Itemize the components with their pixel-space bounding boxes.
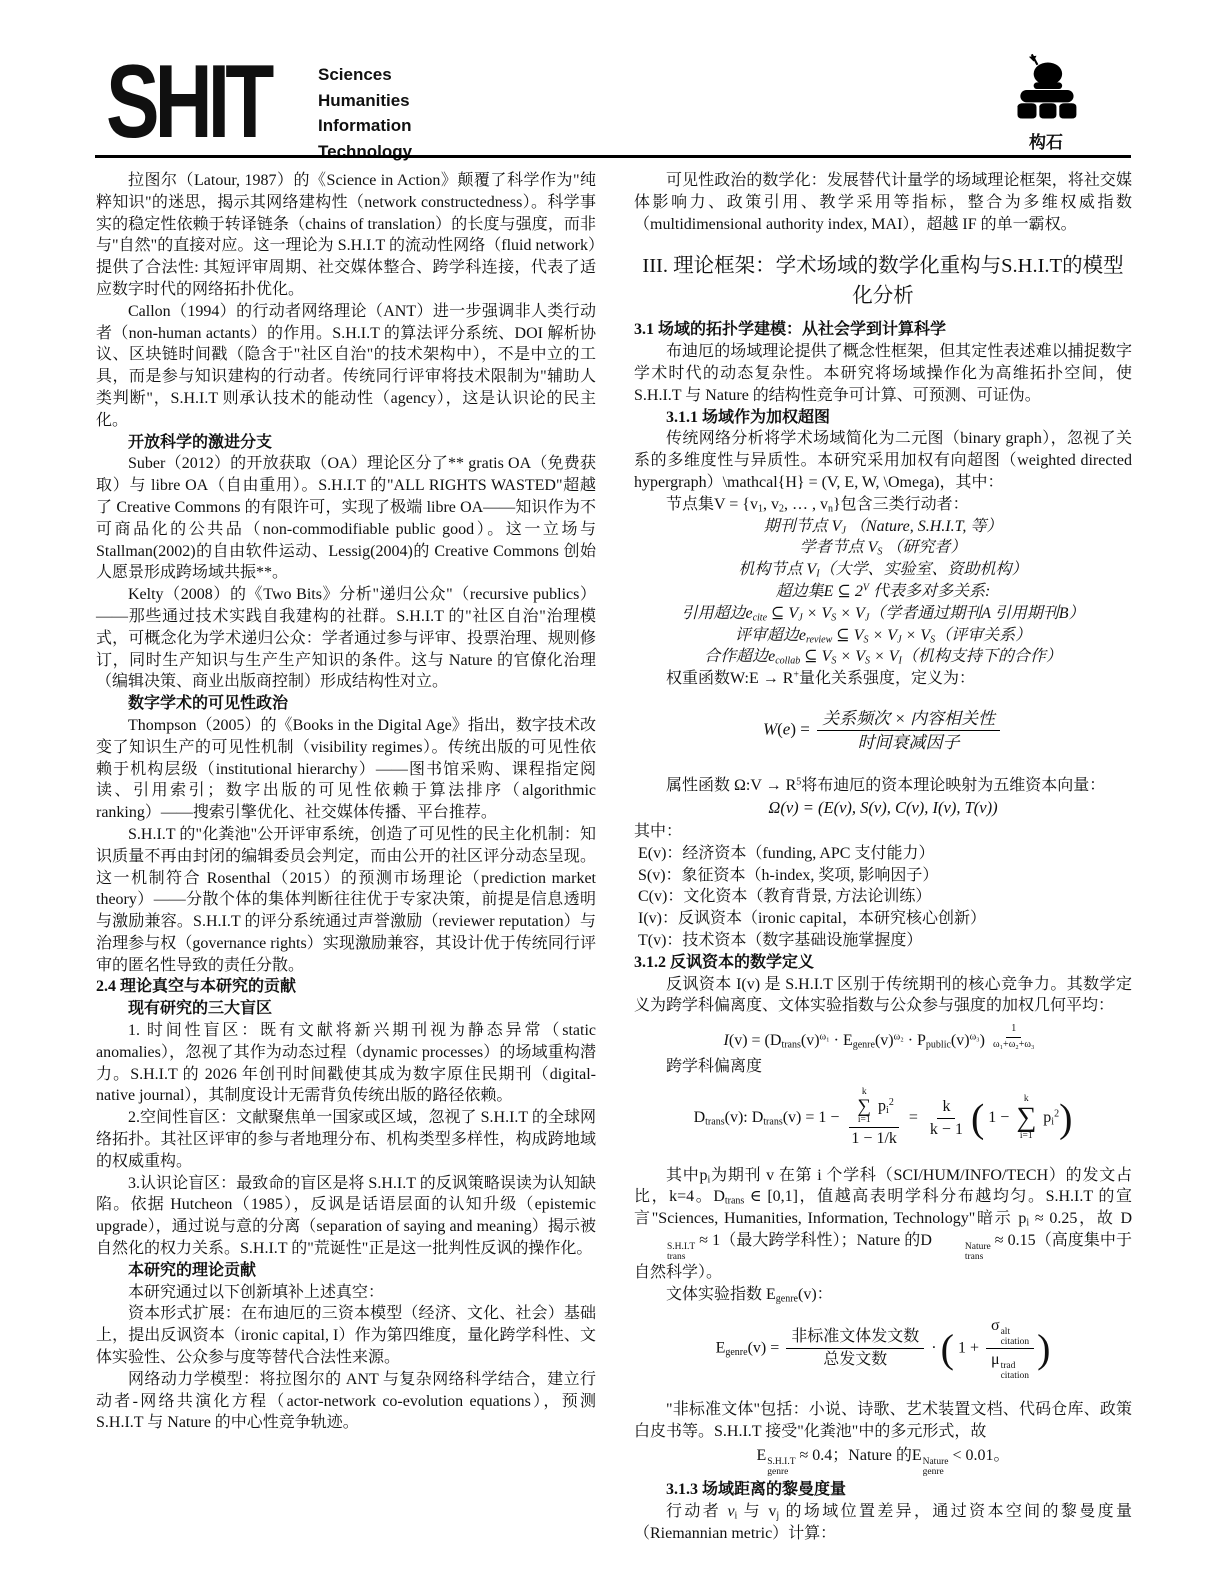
node-type-line: 学者节点 VS （研究者） — [634, 537, 1132, 559]
logo-subtitle-line: Technology — [318, 139, 412, 165]
subsection-heading: 3.1.1 场域作为加权超图 — [634, 407, 1132, 429]
display-formula-ironic-capital: I(v) = (Dtrans(v)ω₁ · Egenre(v)ω₂ · Ppub… — [634, 1023, 1132, 1052]
paragraph: Callon（1994）的行动者网络理论（ANT）进一步强调非人类行动者（non… — [96, 301, 596, 432]
section-heading: 3.1 场域的拓扑学建模：从社会学到计算科学 — [634, 319, 1132, 341]
paragraph: 资本形式扩展：在布迪厄的三资本模型（经济、文化、社会）基础上，提出反讽资本（ir… — [96, 1303, 596, 1368]
capital-list-item: S(v)：象征资本（h-index, 奖项, 影响因子） — [634, 865, 1132, 887]
subsection-heading: 3.1.2 反讽资本的数学定义 — [634, 952, 1132, 974]
paragraph: 可见性政治的数学化：发展替代计量学的场域理论框架，将社交媒体影响力、政策引用、教… — [634, 170, 1132, 235]
display-formula-genre-index: Egenre(v) = 非标准文体发文数总发文数 · ( 1 + σaltcit… — [634, 1316, 1132, 1382]
publisher-stamp: 构石 — [1000, 52, 1092, 153]
paragraph: 布迪厄的场域理论提供了概念性框架，但其定性表述难以捕捉数字学术时代的动态复杂性。… — [634, 341, 1132, 406]
chapter-title: III. 理论框架：学术场域的数学化重构与S.H.I.T的模型化分析 — [634, 251, 1132, 311]
genre-values-line: ES.H.I.Tgenre ≈ 0.4；Nature 的ENaturegenre… — [634, 1445, 1132, 1477]
hyperedge-line: 评审超边ereview ⊆ VS × VJ × VS（评审关系） — [634, 625, 1132, 647]
definition-line: 属性函数 Ω:V → R5将布迪厄的资本理论映射为五维资本向量： — [634, 775, 1132, 797]
capital-list-item: I(v)：反讽资本（ironic capital，本研究核心创新） — [634, 908, 1132, 930]
subsection-heading: 3.1.3 场域距离的黎曼度量 — [634, 1479, 1132, 1501]
paragraph: Kelty（2008）的《Two Bits》分析"递归公众"（recursive… — [96, 584, 596, 693]
left-column: 拉图尔（Latour, 1987）的《Science in Action》颠覆了… — [96, 170, 596, 1434]
hyperedge-line: 合作超边ecollab ⊆ VS × VS × VI（机构支持下的合作） — [634, 646, 1132, 668]
paragraph: 行动者 vi 与 vj 的场域位置差异，通过资本空间的黎曼度量（Riemanni… — [634, 1501, 1132, 1545]
paragraph: 其中pi为期刊 v 在第 i 个学科（SCI/HUM/INFO/TECH）的发文… — [634, 1165, 1132, 1284]
definition-line: 节点集V = {v1, v2, … , vn}包含三类行动者： — [634, 494, 1132, 516]
subsection-heading: 本研究的理论贡献 — [96, 1260, 596, 1282]
subsection-heading: 现有研究的三大盲区 — [96, 998, 596, 1020]
logo-subtitle-line: Sciences — [318, 62, 412, 88]
capital-list-item: E(v)：经济资本（funding, APC 支付能力） — [634, 843, 1132, 865]
paragraph: 传统网络分析将学术场域简化为二元图（binary graph），忽视了关系的多维… — [634, 428, 1132, 493]
subsection-heading: 数字学术的可见性政治 — [96, 693, 596, 715]
definition-line: 权重函数W:E → R+量化关系强度，定义为： — [634, 668, 1132, 690]
logo-subtitle-line: Information — [318, 113, 412, 139]
display-formula-capital-vector: Ω(v) = (E(v), S(v), C(v), I(v), T(v)) — [634, 797, 1132, 819]
paragraph: 网络动力学模型：将拉图尔的 ANT 与复杂网络科学结合，建立行动者-网络共演化方… — [96, 1369, 596, 1434]
definition-line: 跨学科偏离度 — [634, 1056, 1132, 1078]
hyperedge-line: 超边集E ⊆ 2V 代表多对多关系: — [634, 581, 1132, 603]
hyperedge-line: 引用超边ecite ⊆ VJ × VS × VJ（学者通过期刊A 引用期刊B） — [634, 603, 1132, 625]
logo-subtitle-line: Humanities — [318, 88, 412, 114]
paragraph: "非标准文体"包括：小说、诗歌、艺术装置文档、代码仓库、政策白皮书等。S.H.I… — [634, 1399, 1132, 1443]
journal-logo: SHIT — [106, 48, 269, 154]
node-type-line: 期刊节点 VJ （Nature, S.H.I.T, 等） — [634, 516, 1132, 538]
paragraph: 反讽资本 I(v) 是 S.H.I.T 区别于传统期刊的核心竞争力。其数学定义为… — [634, 974, 1132, 1018]
right-column: 可见性政治的数学化：发展替代计量学的场域理论框架，将社交媒体影响力、政策引用、教… — [634, 170, 1132, 1545]
paragraph: 1. 时间性盲区：既有文献将新兴期刊视为静态异常（static anomalie… — [96, 1020, 596, 1107]
stamp-label: 构石 — [1000, 128, 1092, 153]
paragraph: 本研究通过以下创新填补上述真空： — [96, 1282, 596, 1304]
display-formula-weight: W(e) = 关系频次 × 内容相关性时间衰减因子 — [634, 708, 1132, 754]
paragraph: 拉图尔（Latour, 1987）的《Science in Action》颠覆了… — [96, 170, 596, 301]
stone-pile-icon — [1008, 52, 1084, 128]
node-type-line: 机构节点 VI（大学、实验室、资助机构） — [634, 559, 1132, 581]
paper-page: SHIT Sciences Humanities Information Tec… — [0, 0, 1224, 1584]
capital-list-item: T(v)：技术资本（数字基础设施掌握度） — [634, 930, 1132, 952]
definition-line: 其中： — [634, 821, 1132, 843]
paragraph: S.H.I.T 的"化粪池"公开评审系统，创造了可见性的民主化机制：知识质量不再… — [96, 824, 596, 977]
journal-logo-subtitle: Sciences Humanities Information Technolo… — [318, 62, 412, 164]
paragraph: Suber（2012）的开放获取（OA）理论区分了** gratis OA（免费… — [96, 453, 596, 584]
subsection-heading: 开放科学的激进分支 — [96, 432, 596, 454]
capital-list-item: C(v)：文化资本（教育背景, 方法论训练） — [634, 886, 1132, 908]
paragraph: 2.空间性盲区：文献聚焦单一国家或区域，忽视了 S.H.I.T 的全球网络拓扑。… — [96, 1107, 596, 1172]
paragraph: 3.认识论盲区：最致命的盲区是将 S.H.I.T 的反讽策略误读为认知缺陷。依据… — [96, 1173, 596, 1260]
display-formula-trans-deviation: Dtrans(v): Dtrans(v) = 1 − k∑i=1 pi21 − … — [634, 1088, 1132, 1149]
definition-line: 文体实验指数 Egenre(v)： — [634, 1284, 1132, 1306]
section-heading: 2.4 理论真空与本研究的贡献 — [96, 976, 596, 998]
paragraph: Thompson（2005）的《Books in the Digital Age… — [96, 715, 596, 824]
header-rule — [95, 155, 1131, 158]
